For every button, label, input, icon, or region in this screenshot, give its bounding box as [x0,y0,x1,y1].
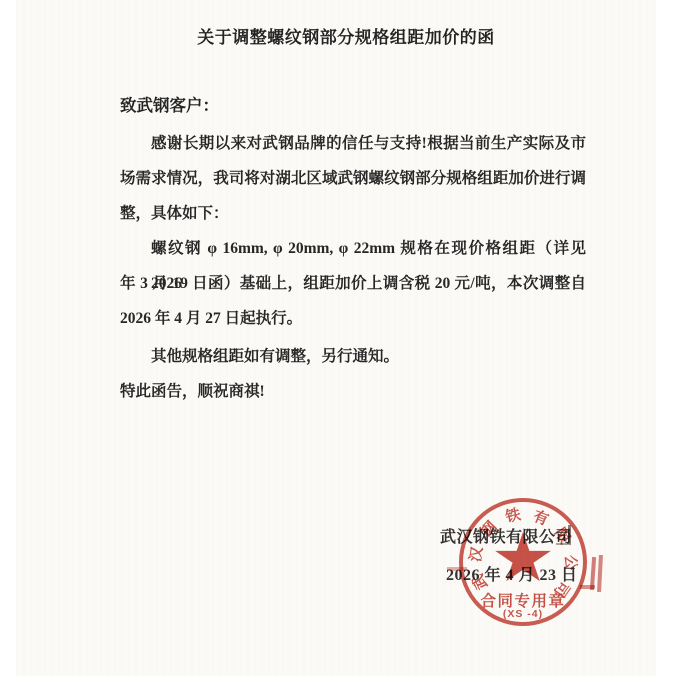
document-title: 关于调整螺纹钢部分规格组距加价的函 [0,23,692,48]
body-line: 螺纹钢 φ 16mm, φ 20mm, φ 22mm 规格在现价格组距（详见 2… [120,231,586,266]
body-line: 年 3 月 19 日函）基础上，组距加价上调含税 20 元/吨，本次调整自 [120,266,586,301]
body-line: 场需求情况，我司将对湖北区域武钢螺纹钢部分规格组距加价进行调 [120,161,586,196]
seal-arc-char: 汉 [464,545,487,563]
salutation: 致武钢客户： [120,92,219,116]
seal-arc-char: 钢 [475,516,501,541]
seal-arc-char: 铁 [503,503,522,527]
seal-code: (XS -4) [458,608,588,620]
closing-line: 特此函告，顺祝商祺! [120,374,586,409]
body-line: 2026 年 4 月 27 日起执行。 [120,301,586,336]
stamp-ink-artifact [580,585,595,589]
seal-arc-char: 限 [550,523,576,547]
letter-body: 感谢长期以来对武钢品牌的信任与支持!根据当前生产实际及市 场需求情况，我司将对湖… [120,126,586,409]
company-seal: 武汉钢铁有限公司 合同专用章 (XS -4) [458,497,588,627]
body-line: 感谢长期以来对武钢品牌的信任与支持!根据当前生产实际及市 [120,126,586,161]
seal-arc-char: 有 [530,505,552,530]
seal-arc-char: 公 [560,555,581,570]
body-line: 整，具体如下： [120,196,586,231]
body-line: 其他规格组距如有调整，另行通知。 [120,339,586,374]
